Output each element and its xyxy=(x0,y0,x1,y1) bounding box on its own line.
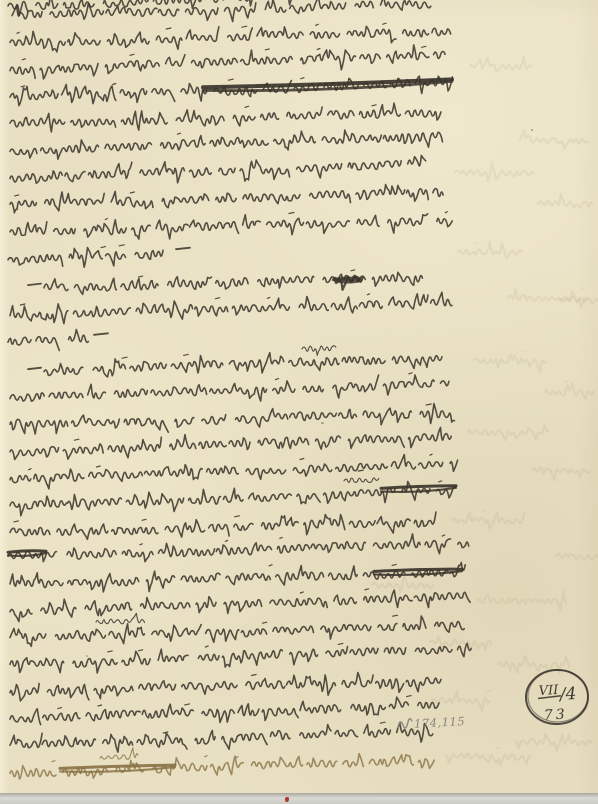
handwriting-stroke xyxy=(73,306,130,316)
handwriting-stroke xyxy=(273,381,295,394)
handwriting-stroke xyxy=(455,162,534,181)
handwriting-stroke xyxy=(106,7,157,17)
handwriting-stroke xyxy=(389,697,408,708)
handwriting-stroke xyxy=(388,214,428,233)
handwriting-stroke xyxy=(22,59,25,60)
handwriting-stroke xyxy=(86,710,140,721)
handwriting-stroke xyxy=(274,131,316,150)
handwriting-stroke xyxy=(418,702,439,708)
handwriting-stroke xyxy=(142,519,146,520)
handwriting-stroke xyxy=(105,60,159,73)
handwriting-stroke xyxy=(329,566,358,580)
handwriting-stroke xyxy=(289,358,339,370)
handwriting-stroke xyxy=(71,119,116,127)
handwriting-stroke xyxy=(195,306,228,316)
handwriting-stroke xyxy=(430,454,432,455)
handwriting-stroke xyxy=(420,404,454,424)
handwriting-stroke xyxy=(10,609,32,621)
handwriting-stroke xyxy=(209,524,229,536)
handwriting-stroke xyxy=(273,626,314,634)
handwriting-stroke xyxy=(115,389,148,397)
handwriting-stroke xyxy=(383,23,386,24)
handwriting-stroke xyxy=(10,393,44,401)
handwriting-stroke xyxy=(28,284,41,286)
handwriting-stroke xyxy=(103,734,133,752)
handwriting-stroke xyxy=(433,189,443,197)
handwriting-stroke xyxy=(138,650,142,651)
handwriting-stroke xyxy=(57,524,108,539)
handwriting-stroke xyxy=(349,521,375,528)
handwriting-stroke xyxy=(89,574,139,592)
handwriting-stroke xyxy=(333,375,379,398)
handwriting-stroke xyxy=(10,629,46,647)
handwriting-stroke xyxy=(439,481,442,482)
handwriting-stroke xyxy=(108,437,161,458)
handwriting-stroke xyxy=(130,362,166,371)
handwriting-stroke xyxy=(348,161,401,170)
handwriting-stroke xyxy=(297,494,320,504)
handwriting-stroke xyxy=(407,189,429,201)
handwriting-stroke xyxy=(72,415,120,428)
handwriting-stroke xyxy=(408,155,426,166)
handwriting-stroke xyxy=(216,543,271,555)
handwriting-stroke xyxy=(88,384,106,398)
handwriting-stroke xyxy=(73,659,117,673)
handwriting-stroke xyxy=(326,647,348,657)
handwriting-stroke xyxy=(228,79,233,80)
handwriting-stroke xyxy=(263,622,267,623)
handwriting-stroke xyxy=(276,566,324,585)
handwriting-stroke xyxy=(161,136,206,150)
handwriting-stroke xyxy=(84,220,126,237)
handwriting-stroke xyxy=(304,515,345,535)
handwriting-stroke xyxy=(62,85,116,104)
handwriting-stroke xyxy=(497,747,501,748)
handwriting-stroke xyxy=(224,488,244,502)
manuscript-scan-page: VII /4 73 174,115 xyxy=(0,0,598,804)
handwriting-stroke xyxy=(109,624,144,644)
handwriting-stroke xyxy=(342,357,385,365)
handwriting-stroke xyxy=(355,1,373,7)
handwriting-stroke xyxy=(406,678,441,692)
handwriting-stroke xyxy=(44,279,68,291)
pencil-note-number: 174,115 xyxy=(414,714,466,731)
handwriting-stroke xyxy=(498,656,570,674)
handwriting-stroke xyxy=(122,357,127,358)
handwriting-stroke xyxy=(10,658,64,673)
handwriting-stroke xyxy=(241,629,266,637)
handwriting-stroke xyxy=(302,346,336,356)
handwriting-stroke xyxy=(364,590,412,607)
handwriting-stroke xyxy=(299,297,328,311)
handwriting-stroke xyxy=(94,333,108,335)
handwriting-stroke xyxy=(441,381,449,386)
handwriting-stroke xyxy=(50,4,104,19)
handwriting-stroke xyxy=(137,733,187,749)
handwriting-stroke xyxy=(15,195,19,196)
handwriting-stroke xyxy=(139,276,143,277)
handwriting-stroke xyxy=(130,54,134,55)
handwriting-stroke xyxy=(65,172,85,182)
handwriting-stroke xyxy=(262,516,299,529)
handwriting-stroke xyxy=(10,148,37,158)
handwriting-stroke xyxy=(85,601,131,616)
handwriting-stroke xyxy=(334,595,357,605)
pencil-catalog-note: 174,115 xyxy=(398,714,466,731)
handwriting-stroke xyxy=(392,564,396,565)
handwriting-stroke xyxy=(140,162,184,183)
handwriting-stroke xyxy=(377,517,410,533)
handwriting-stroke xyxy=(156,36,182,49)
handwriting-stroke xyxy=(139,681,176,691)
handwriting-stroke xyxy=(147,571,175,591)
handwriting-stroke xyxy=(205,646,208,647)
handwriting-stroke xyxy=(228,28,253,41)
handwriting-stroke xyxy=(101,247,105,248)
handwriting-stroke xyxy=(210,137,268,147)
handwriting-stroke xyxy=(170,435,196,450)
handwriting-stroke xyxy=(20,304,25,305)
handwriting-stroke xyxy=(405,110,441,120)
handwriting-stroke xyxy=(372,272,422,286)
handwriting-stroke xyxy=(474,354,546,372)
handwriting-stroke xyxy=(415,647,452,654)
handwriting-stroke xyxy=(175,418,194,428)
handwriting-stroke xyxy=(414,512,436,527)
handwriting-stroke xyxy=(121,279,158,290)
handwriting-stroke xyxy=(300,592,303,593)
handwriting-stroke xyxy=(41,140,99,159)
handwriting-stroke xyxy=(442,535,445,536)
handwriting-stroke xyxy=(269,565,272,566)
handwriting-stroke xyxy=(198,654,219,660)
handwriting-stroke xyxy=(367,294,369,295)
handwriting-stroke xyxy=(357,215,379,226)
handwriting-stroke xyxy=(300,725,331,739)
handwriting-stroke xyxy=(158,649,188,661)
handwriting-stroke xyxy=(316,24,319,25)
handwriting-stroke xyxy=(52,761,55,762)
handwriting-stroke xyxy=(104,0,149,7)
handwriting-stroke xyxy=(483,511,487,512)
handwriting-stroke xyxy=(419,462,443,468)
handwriting-stroke xyxy=(538,194,592,207)
handwriting-stroke xyxy=(10,200,37,212)
handwriting-stroke xyxy=(300,459,304,460)
handwriting-stroke xyxy=(132,225,151,239)
handwriting-stroke xyxy=(121,111,167,130)
handwriting-stroke xyxy=(311,542,365,552)
handwriting-stroke xyxy=(265,49,269,50)
handwriting-stroke xyxy=(36,337,59,351)
handwriting-stroke xyxy=(10,766,56,779)
handwriting-stroke xyxy=(21,86,25,87)
handwriting-stroke xyxy=(434,51,446,58)
handwriting-stroke xyxy=(162,194,209,208)
handwriting-stroke xyxy=(216,193,236,202)
handwriting-stroke xyxy=(130,192,134,193)
handwriting-stroke xyxy=(403,616,426,630)
handwriting-stroke xyxy=(383,132,442,147)
handwriting-stroke xyxy=(359,103,400,118)
handwriting-stroke xyxy=(93,359,125,377)
handwriting-stroke xyxy=(414,592,470,607)
handwriting-stroke xyxy=(181,573,220,582)
handwriting-stroke xyxy=(369,755,413,767)
handwriting-stroke xyxy=(10,447,59,460)
handwriting-stroke xyxy=(280,537,282,538)
handwriting-stroke xyxy=(176,110,224,126)
handwriting-stroke xyxy=(267,297,269,298)
handwriting-stroke xyxy=(409,428,452,448)
handwriting-stroke xyxy=(186,27,219,42)
handwriting-stroke xyxy=(45,192,104,211)
handwriting-stroke xyxy=(520,130,587,149)
handwriting-stroke xyxy=(468,425,548,440)
handwriting-stroke xyxy=(36,0,58,9)
handwriting-stroke xyxy=(431,292,452,305)
handwriting-stroke xyxy=(10,496,66,516)
handwriting-stroke xyxy=(28,368,41,370)
handwriting-stroke xyxy=(234,523,253,530)
handwriting-stroke xyxy=(88,162,131,178)
handwriting-stroke xyxy=(233,115,255,126)
handwriting-stroke xyxy=(426,404,431,405)
handwriting-stroke xyxy=(364,725,391,738)
handwriting-stroke xyxy=(350,648,378,655)
handwriting-stroke xyxy=(403,30,429,37)
handwriting-stroke xyxy=(10,222,47,236)
handwriting-stroke xyxy=(166,55,185,66)
handwriting-stroke xyxy=(177,133,180,134)
handwriting-stroke xyxy=(67,548,116,559)
handwriting-stroke xyxy=(158,9,179,16)
handwriting-stroke xyxy=(365,589,369,590)
handwriting-stroke xyxy=(40,64,98,79)
handwriting-stroke xyxy=(158,543,214,556)
handwriting-stroke xyxy=(338,643,343,644)
handwriting-stroke xyxy=(10,419,68,434)
handwriting-stroke xyxy=(342,673,373,688)
handwriting-stroke xyxy=(124,418,168,432)
handwriting-stroke xyxy=(41,599,76,617)
handwriting-stroke xyxy=(241,50,293,65)
handwriting-stroke xyxy=(270,731,290,740)
handwriting-stroke xyxy=(189,489,221,504)
handwriting-stroke xyxy=(75,439,79,440)
handwriting-stroke xyxy=(186,8,218,21)
handwriting-stroke xyxy=(303,386,323,392)
handwriting-stroke xyxy=(96,613,145,623)
handwriting-stroke xyxy=(245,106,249,107)
handwriting-stroke xyxy=(243,194,300,204)
handwriting-stroke xyxy=(565,381,569,382)
handwriting-stroke xyxy=(277,545,309,553)
handwriting-stroke xyxy=(94,686,133,699)
handwriting-stroke xyxy=(310,191,351,203)
handwriting-stroke xyxy=(289,213,294,214)
handwriting-stroke xyxy=(111,191,153,208)
handwriting-stroke xyxy=(224,600,262,614)
handwriting-stroke xyxy=(10,528,50,536)
handwriting-stroke xyxy=(210,384,267,402)
handwriting-stroke xyxy=(10,733,42,747)
handwriting-stroke xyxy=(360,54,380,63)
handwriting-stroke xyxy=(120,89,147,103)
handwriting-stroke xyxy=(192,58,238,67)
handwriting-stroke xyxy=(122,550,153,562)
handwriting-stroke xyxy=(232,298,289,315)
handwriting-stroke xyxy=(380,722,385,723)
handwriting-stroke xyxy=(290,412,337,420)
handwriting-stroke xyxy=(286,675,335,695)
handwriting-stroke xyxy=(216,278,248,289)
handwriting-stroke xyxy=(226,573,270,584)
handwriting-stroke xyxy=(300,701,341,713)
handwriting-stroke xyxy=(190,168,212,177)
handwriting-stroke xyxy=(437,218,452,226)
handwriting-stroke xyxy=(140,544,142,545)
handwriting-stroke xyxy=(524,351,527,352)
handwriting-stroke xyxy=(339,409,357,418)
handwriting-stroke xyxy=(391,455,415,469)
handwriting-stroke xyxy=(8,255,63,266)
handwriting-stroke xyxy=(270,598,327,607)
handwriting-stroke xyxy=(106,252,126,266)
handwriting-stroke xyxy=(267,218,304,234)
handwriting-stroke xyxy=(219,168,235,175)
handwriting-stroke xyxy=(275,379,278,380)
archival-stamp: VII /4 73 xyxy=(525,668,590,725)
handwriting-stroke xyxy=(199,441,226,448)
handwriting-stroke xyxy=(8,337,31,345)
handwriting-stroke xyxy=(202,415,226,425)
handwriting-stroke xyxy=(207,466,239,474)
handwriting-stroke xyxy=(8,551,46,553)
handwriting-stroke xyxy=(34,469,84,489)
handwriting-stroke xyxy=(235,516,240,517)
handwriting-stroke xyxy=(136,301,193,319)
handwriting-stroke xyxy=(58,708,62,709)
handwriting-stroke xyxy=(351,270,355,271)
handwriting-stroke xyxy=(452,513,525,531)
handwriting-stroke xyxy=(97,466,101,467)
handwriting-stroke xyxy=(42,736,95,747)
handwriting-stroke xyxy=(446,754,531,765)
handwriting-stroke xyxy=(372,105,376,106)
handwriting-stroke xyxy=(290,649,318,664)
handwriting-stroke xyxy=(384,647,405,654)
handwriting-stroke xyxy=(252,675,257,676)
handwriting-stroke xyxy=(49,392,83,398)
handwriting-stroke xyxy=(240,160,289,181)
handwriting-stroke xyxy=(432,691,490,711)
handwriting-stroke xyxy=(10,86,58,105)
handwriting-layer: VII /4 73 174,115 xyxy=(0,0,598,804)
handwriting-stroke xyxy=(265,0,286,12)
handwriting-stroke xyxy=(206,629,239,642)
handwriting-stroke xyxy=(68,33,100,45)
handwriting-stroke xyxy=(44,364,83,376)
handwriting-stroke xyxy=(222,733,267,749)
handwriting-stroke xyxy=(185,704,190,705)
handwriting-stroke xyxy=(229,438,250,450)
handwriting-stroke xyxy=(265,0,304,5)
handwriting-stroke xyxy=(222,650,282,667)
handwriting-stroke xyxy=(343,754,364,767)
handwriting-stroke xyxy=(182,682,237,695)
handwriting-stroke xyxy=(176,248,190,250)
handwriting-stroke xyxy=(249,493,292,501)
handwriting-stroke xyxy=(238,704,259,716)
handwriting-stroke xyxy=(351,704,385,715)
handwriting-stroke xyxy=(317,49,320,50)
handwriting-stroke xyxy=(378,624,397,631)
handwriting-stroke xyxy=(236,409,288,427)
handwriting-stroke xyxy=(487,691,491,692)
handwriting-stroke xyxy=(409,373,412,374)
handwriting-stroke xyxy=(376,679,404,692)
handwriting-stroke xyxy=(374,569,462,571)
handwriting-stroke xyxy=(135,250,163,259)
handwriting-stroke xyxy=(68,495,122,510)
handwriting-stroke xyxy=(190,220,239,233)
handwriting-stroke xyxy=(532,467,590,480)
handwriting-stroke xyxy=(432,28,451,35)
handwriting-stroke xyxy=(10,476,31,483)
handwriting-stroke xyxy=(63,444,103,459)
handwriting-stroke xyxy=(363,408,411,425)
handwriting-stroke xyxy=(225,540,227,541)
handwriting-stroke xyxy=(474,243,479,244)
handwriting-stroke xyxy=(458,242,522,258)
handwriting-stroke xyxy=(422,46,426,47)
handwriting-stroke xyxy=(293,464,332,476)
handwriting-stroke xyxy=(152,89,175,102)
handwriting-stroke xyxy=(113,84,116,85)
handwriting-stroke xyxy=(324,490,364,503)
handwriting-stroke xyxy=(582,289,584,290)
handwriting-stroke xyxy=(168,277,212,290)
handwriting-stroke xyxy=(301,78,304,79)
handwriting-stroke xyxy=(445,212,447,213)
handwriting-stroke xyxy=(344,478,379,483)
handwriting-stroke xyxy=(287,107,322,119)
handwriting-stroke xyxy=(43,713,80,721)
handwriting-stroke xyxy=(10,684,39,701)
handwriting-stroke xyxy=(478,592,567,610)
handwriting-stroke xyxy=(316,436,341,449)
handwriting-stroke xyxy=(98,705,102,706)
handwriting-stroke xyxy=(112,528,158,535)
handwriting-stroke xyxy=(545,383,593,399)
handwriting-stroke xyxy=(418,759,434,768)
handwriting-stroke xyxy=(171,356,223,373)
handwriting-stroke xyxy=(69,248,102,268)
handwriting-stroke xyxy=(152,625,201,642)
handwriting-stroke xyxy=(374,534,421,549)
handwriting-stroke xyxy=(258,276,314,288)
handwriting-stroke xyxy=(56,629,106,641)
handwriting-stroke xyxy=(358,470,363,471)
handwriting-stroke xyxy=(470,56,532,72)
handwriting-stroke xyxy=(141,598,190,610)
handwriting-stroke xyxy=(108,651,113,652)
handwriting-stroke xyxy=(335,730,358,737)
handwriting-stroke xyxy=(122,651,150,665)
handwriting-stroke xyxy=(383,375,434,395)
handwriting-stroke xyxy=(242,26,247,27)
